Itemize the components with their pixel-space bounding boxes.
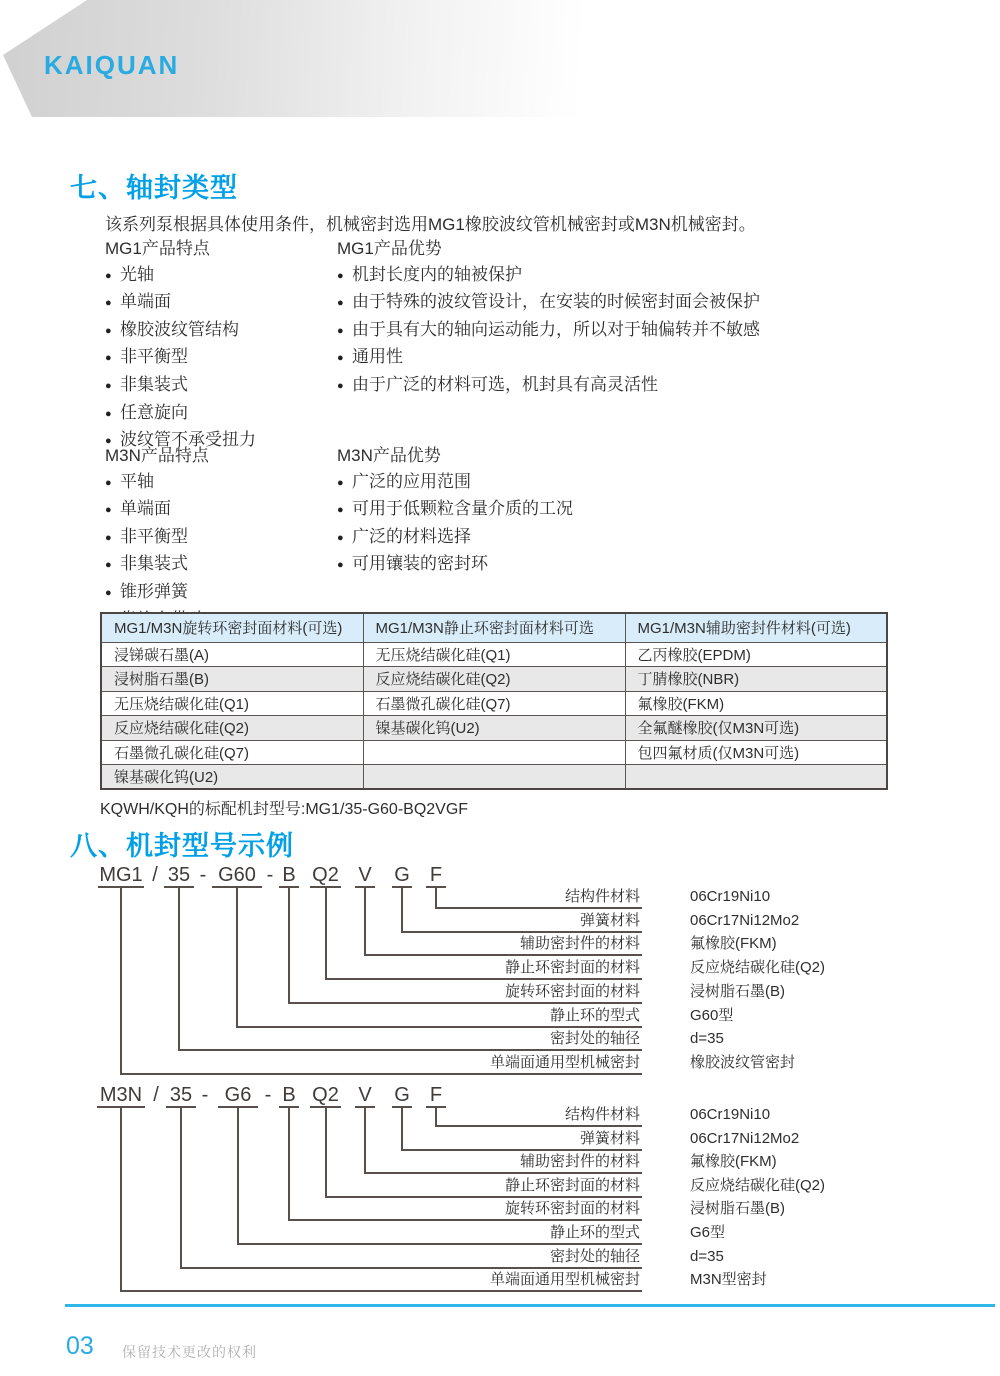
diagram-row-label: 静止环密封面的材料 xyxy=(505,1176,640,1196)
model-token: G xyxy=(392,864,412,888)
list-item: ●广泛的材料选择 xyxy=(337,524,857,552)
mg1-advantages-list: MG1产品优势●机封长度内的轴被保护●由于特殊的波纹管设计，在安装的时候密封面会… xyxy=(337,236,857,400)
table-cell: 镍基碳化钨(U2) xyxy=(363,716,625,741)
model-token: - xyxy=(264,864,276,886)
connector-line-vertical xyxy=(178,888,180,1049)
diagram-row-label: 单端面通用型机械密封 xyxy=(490,1270,640,1290)
bullet-icon: ● xyxy=(337,319,352,345)
bullet-icon: ● xyxy=(337,264,352,290)
model-token: G60 xyxy=(212,864,262,888)
table-cell xyxy=(625,765,887,790)
list-item-label: 锥形弹簧 xyxy=(120,582,188,601)
diagram-row-label: 静止环的型式 xyxy=(550,1006,640,1026)
connector-line-horizontal xyxy=(401,1149,642,1151)
bullet-icon: ● xyxy=(337,346,352,372)
model-token: Q2 xyxy=(310,1084,341,1108)
connector-line-vertical xyxy=(401,1108,403,1149)
list-item: ●可用镶装的密封环 xyxy=(337,551,857,579)
section7-intro: 该系列泵根据具体使用条件，机械密封选用MG1橡胶波纹管机械密封或M3N机械密封。 xyxy=(105,210,756,235)
model-token: MG1 xyxy=(98,864,144,888)
connector-line-vertical xyxy=(325,888,327,978)
model-token: 35 xyxy=(166,1084,196,1108)
bullet-icon: ● xyxy=(105,319,120,345)
list-item: ●由于广泛的材料可选，机封具有高灵活性 xyxy=(337,372,857,400)
model-token: / xyxy=(149,1084,163,1106)
list-item: ●由于具有大的轴向运动能力，所以对于轴偏转并不敏感 xyxy=(337,317,857,345)
bullet-icon: ● xyxy=(105,264,120,290)
table-cell: 无压烧结碳化硅(Q1) xyxy=(363,642,625,667)
diagram-row-value: G60型 xyxy=(690,1006,733,1026)
diagram-row-value: 06Cr19Ni10 xyxy=(690,1105,770,1125)
list-item-label: 单端面 xyxy=(120,292,171,311)
feature-list-title: MG1产品优势 xyxy=(337,236,857,262)
model-token: B xyxy=(279,864,299,888)
materials-table: MG1/M3N旋转环密封面材料(可选)MG1/M3N静止环密封面材料可选MG1/… xyxy=(100,612,888,790)
diagram-row-value: d=35 xyxy=(690,1247,724,1267)
connector-line-vertical xyxy=(364,1108,366,1172)
diagram-row-value: 反应烧结碳化硅(Q2) xyxy=(690,1176,825,1196)
model-token: M3N xyxy=(97,1084,145,1108)
diagram-row-value: 06Cr17Ni12Mo2 xyxy=(690,1129,799,1149)
list-item-label: 广泛的应用范围 xyxy=(352,472,471,491)
list-item-label: 通用性 xyxy=(352,347,403,366)
list-item: ●任意旋向 xyxy=(105,400,585,428)
materials-note: KQWH/KQH的标配机封型号:MG1/35-G60-BQ2VGF xyxy=(100,796,468,819)
list-item-label: 平轴 xyxy=(120,472,154,491)
table-header-row: MG1/M3N旋转环密封面材料(可选)MG1/M3N静止环密封面材料可选MG1/… xyxy=(101,613,887,642)
connector-line-vertical xyxy=(120,1108,122,1290)
brand-logo: KAIQUAN xyxy=(44,50,179,81)
diagram-row-value: 氟橡胶(FKM) xyxy=(690,934,777,954)
table-row: 镍基碳化钨(U2) xyxy=(101,765,887,790)
list-item-label: 由于特殊的波纹管设计，在安装的时候密封面会被保护 xyxy=(352,292,760,311)
list-item-label: 由于具有大的轴向运动能力，所以对于轴偏转并不敏感 xyxy=(352,320,760,339)
diagram-row-value: 反应烧结碳化硅(Q2) xyxy=(690,958,825,978)
model-token: / xyxy=(148,864,162,886)
column-header: MG1/M3N静止环密封面材料可选 xyxy=(363,613,625,642)
table-cell: 包四氟材质(仅M3N可选) xyxy=(625,740,887,765)
list-item: ●由于特殊的波纹管设计，在安装的时候密封面会被保护 xyxy=(337,289,857,317)
connector-line-vertical xyxy=(288,888,290,1002)
table-cell: 镍基碳化钨(U2) xyxy=(101,765,363,790)
diagram-row-label: 弹簧材料 xyxy=(580,1129,640,1149)
connector-line-horizontal xyxy=(401,931,642,933)
connector-line-vertical xyxy=(435,888,437,907)
table-cell: 浸树脂石墨(B) xyxy=(101,667,363,692)
connector-line-horizontal xyxy=(237,1243,642,1245)
bullet-icon: ● xyxy=(105,553,120,579)
connector-line-horizontal xyxy=(364,954,642,956)
bullet-icon: ● xyxy=(105,402,120,428)
model-token: G6 xyxy=(218,1084,258,1108)
section8-heading: 八、机封型号示例 xyxy=(70,824,294,863)
model-token: - xyxy=(196,864,210,886)
column-header: MG1/M3N旋转环密封面材料(可选) xyxy=(101,613,363,642)
bullet-icon: ● xyxy=(105,581,120,607)
table-cell: 石墨微孔碳化硅(Q7) xyxy=(363,691,625,716)
connector-line-horizontal xyxy=(178,1049,642,1051)
bullet-icon: ● xyxy=(337,498,352,524)
table-row: 无压烧结碳化硅(Q1)石墨微孔碳化硅(Q7)氟橡胶(FKM) xyxy=(101,691,887,716)
table-cell: 氟橡胶(FKM) xyxy=(625,691,887,716)
model-token: Q2 xyxy=(310,864,341,888)
diagram-row-value: G6型 xyxy=(690,1223,725,1243)
diagram-row-value: 浸树脂石墨(B) xyxy=(690,982,785,1002)
bullet-icon: ● xyxy=(105,346,120,372)
list-item-label: 由于广泛的材料可选，机封具有高灵活性 xyxy=(352,375,658,394)
connector-line-horizontal xyxy=(435,907,642,909)
table-cell: 反应烧结碳化硅(Q2) xyxy=(363,667,625,692)
diagram-row-value: 浸树脂石墨(B) xyxy=(690,1199,785,1219)
page-number: 03 xyxy=(66,1332,94,1361)
table-row: 石墨微孔碳化硅(Q7)包四氟材质(仅M3N可选) xyxy=(101,740,887,765)
diagram-row-label: 辅助密封件的材料 xyxy=(520,1152,640,1172)
table-cell: 全氟醚橡胶(仅M3N可选) xyxy=(625,716,887,741)
diagram-row-label: 结构件材料 xyxy=(565,887,640,907)
connector-line-horizontal xyxy=(180,1267,642,1269)
connector-line-vertical xyxy=(288,1108,290,1219)
table-cell: 丁腈橡胶(NBR) xyxy=(625,667,887,692)
model-token: G xyxy=(392,1084,412,1108)
table-cell xyxy=(363,740,625,765)
connector-line-horizontal xyxy=(120,1073,642,1075)
diagram-row-value: 氟橡胶(FKM) xyxy=(690,1152,777,1172)
list-item-label: 橡胶波纹管结构 xyxy=(120,320,239,339)
diagram-row-label: 弹簧材料 xyxy=(580,911,640,931)
model-token: B xyxy=(279,1084,299,1108)
footer-note: 保留技术更改的权利 xyxy=(122,1342,257,1362)
diagram-row-label: 旋转环密封面的材料 xyxy=(505,1199,640,1219)
connector-line-vertical xyxy=(325,1108,327,1196)
connector-line-horizontal xyxy=(325,1196,642,1198)
feature-list-title: M3N产品优势 xyxy=(337,443,857,469)
bullet-icon: ● xyxy=(105,526,120,552)
bullet-icon: ● xyxy=(105,471,120,497)
connector-line-vertical xyxy=(180,1108,182,1267)
connector-line-horizontal xyxy=(236,1026,642,1028)
list-item-label: 光轴 xyxy=(120,265,154,284)
section7-heading: 七、轴封类型 xyxy=(70,166,238,205)
diagram-row-label: 密封处的轴径 xyxy=(550,1029,640,1049)
list-item-label: 可用镶装的密封环 xyxy=(352,554,488,573)
diagram-row-value: 橡胶波纹管密封 xyxy=(690,1053,795,1073)
list-item-label: 非平衡型 xyxy=(120,347,188,366)
connector-line-vertical xyxy=(237,1108,239,1243)
list-item: ●锥形弹簧 xyxy=(105,579,585,607)
diagram-row-label: 辅助密封件的材料 xyxy=(520,934,640,954)
diagram-row-value: d=35 xyxy=(690,1029,724,1049)
connector-line-horizontal xyxy=(325,978,642,980)
materials-table-header: MG1/M3N旋转环密封面材料(可选)MG1/M3N静止环密封面材料可选MG1/… xyxy=(101,613,887,642)
connector-line-vertical xyxy=(401,888,403,931)
connector-line-vertical xyxy=(364,888,366,954)
model-token: - xyxy=(262,1084,274,1106)
list-item-label: 单端面 xyxy=(120,499,171,518)
bullet-icon: ● xyxy=(105,291,120,317)
model-token: - xyxy=(198,1084,212,1106)
diagram-row-value: M3N型密封 xyxy=(690,1270,767,1290)
table-cell xyxy=(363,765,625,790)
diagram-row-label: 静止环密封面的材料 xyxy=(505,958,640,978)
table-cell: 石墨微孔碳化硅(Q7) xyxy=(101,740,363,765)
catalog-page: KAIQUAN 七、轴封类型 该系列泵根据具体使用条件，机械密封选用MG1橡胶波… xyxy=(0,0,1000,1376)
diagram-row-label: 密封处的轴径 xyxy=(550,1247,640,1267)
connector-line-vertical xyxy=(120,888,122,1073)
bullet-icon: ● xyxy=(337,374,352,400)
model-token: F xyxy=(426,1084,446,1108)
m3n-advantages-list: M3N产品优势●广泛的应用范围●可用于低颗粒含量介质的工况●广泛的材料选择●可用… xyxy=(337,443,857,579)
bullet-icon: ● xyxy=(105,498,120,524)
connector-line-horizontal xyxy=(120,1290,642,1292)
list-item-label: 广泛的材料选择 xyxy=(352,527,471,546)
header-banner: KAIQUAN xyxy=(0,0,580,117)
model-token: F xyxy=(426,864,446,888)
list-item: ●可用于低颗粒含量介质的工况 xyxy=(337,496,857,524)
table-cell: 浸锑碳石墨(A) xyxy=(101,642,363,667)
model-token: V xyxy=(355,1084,375,1108)
list-item: ●机封长度内的轴被保护 xyxy=(337,262,857,290)
footer-rule xyxy=(65,1304,995,1307)
column-header: MG1/M3N辅助密封件材料(可选) xyxy=(625,613,887,642)
list-item: ●通用性 xyxy=(337,344,857,372)
list-item-label: 非集装式 xyxy=(120,554,188,573)
list-item-label: 机封长度内的轴被保护 xyxy=(352,265,522,284)
table-row: 浸锑碳石墨(A)无压烧结碳化硅(Q1)乙丙橡胶(EPDM) xyxy=(101,642,887,667)
materials-table-body: 浸锑碳石墨(A)无压烧结碳化硅(Q1)乙丙橡胶(EPDM)浸树脂石墨(B)反应烧… xyxy=(101,642,887,789)
diagram-row-label: 单端面通用型机械密封 xyxy=(490,1053,640,1073)
diagram-row-label: 旋转环密封面的材料 xyxy=(505,982,640,1002)
table-cell: 反应烧结碳化硅(Q2) xyxy=(101,716,363,741)
connector-line-vertical xyxy=(236,888,238,1026)
list-item-label: 可用于低颗粒含量介质的工况 xyxy=(352,499,573,518)
connector-line-horizontal xyxy=(364,1172,642,1174)
table-cell: 无压烧结碳化硅(Q1) xyxy=(101,691,363,716)
table-cell: 乙丙橡胶(EPDM) xyxy=(625,642,887,667)
bullet-icon: ● xyxy=(337,526,352,552)
table-row: 反应烧结碳化硅(Q2)镍基碳化钨(U2)全氟醚橡胶(仅M3N可选) xyxy=(101,716,887,741)
list-item-label: 非平衡型 xyxy=(120,527,188,546)
diagram-row-value: 06Cr19Ni10 xyxy=(690,887,770,907)
table-row: 浸树脂石墨(B)反应烧结碳化硅(Q2)丁腈橡胶(NBR) xyxy=(101,667,887,692)
list-item-label: 任意旋向 xyxy=(120,403,188,422)
bullet-icon: ● xyxy=(337,471,352,497)
model-token: 35 xyxy=(164,864,194,888)
bullet-icon: ● xyxy=(337,553,352,579)
bullet-icon: ● xyxy=(105,374,120,400)
diagram-row-value: 06Cr17Ni12Mo2 xyxy=(690,911,799,931)
bullet-icon: ● xyxy=(337,291,352,317)
connector-line-vertical xyxy=(435,1108,437,1125)
diagram-row-label: 静止环的型式 xyxy=(550,1223,640,1243)
connector-line-horizontal xyxy=(288,1219,642,1221)
list-item: ●广泛的应用范围 xyxy=(337,469,857,497)
list-item-label: 非集装式 xyxy=(120,375,188,394)
connector-line-horizontal xyxy=(288,1002,642,1004)
diagram-row-label: 结构件材料 xyxy=(565,1105,640,1125)
model-token: V xyxy=(355,864,375,888)
connector-line-horizontal xyxy=(435,1125,642,1127)
